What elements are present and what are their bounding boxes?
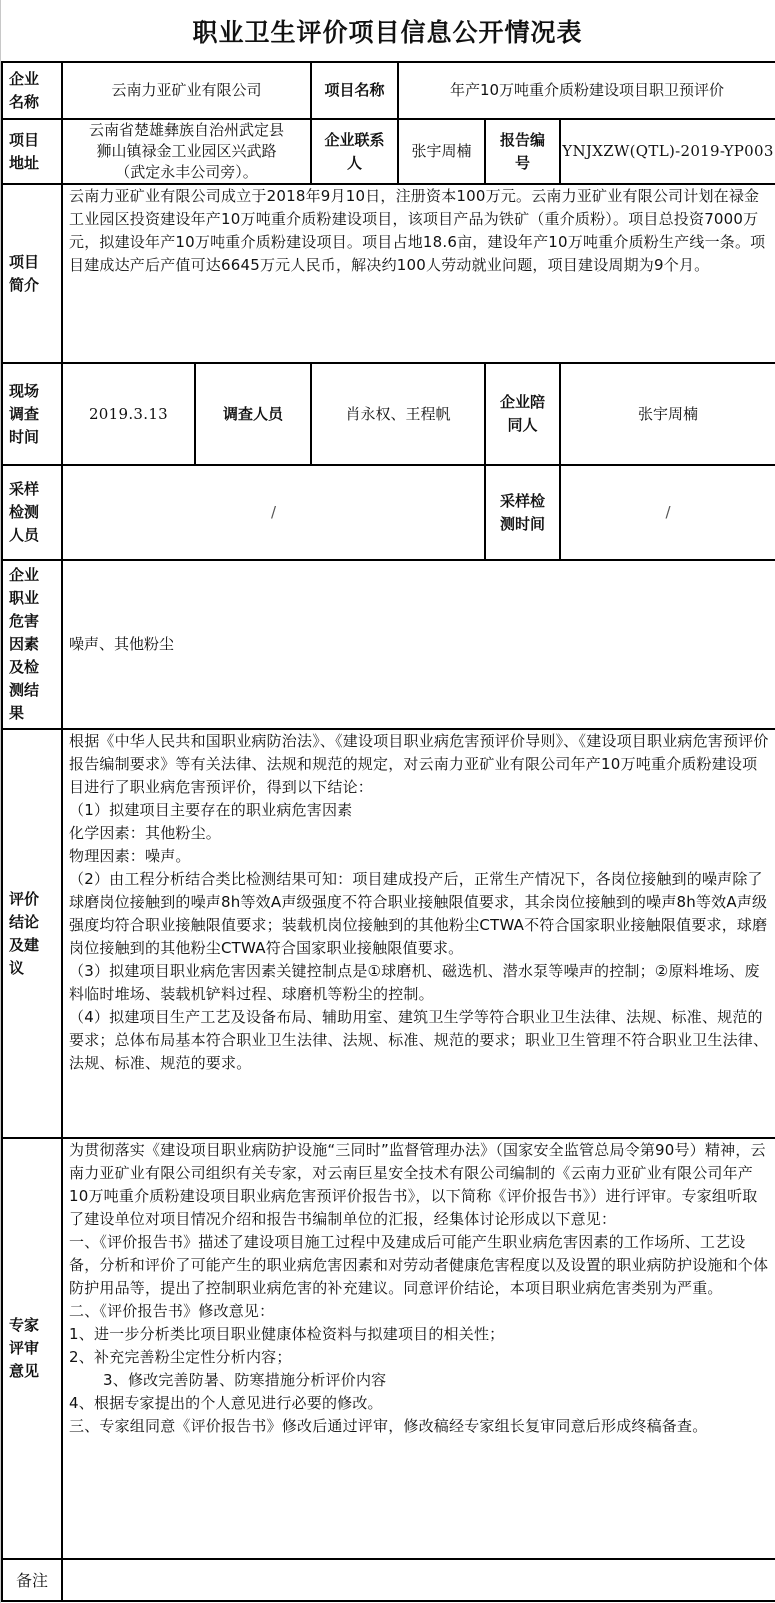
label-line: 评价 <box>9 888 61 911</box>
site-survey-time-label: 现场 调查 时间 <box>2 363 62 465</box>
label-line: 危害 <box>9 610 61 633</box>
address-line: 云南省楚雄彝族自治州武定县 <box>63 120 310 141</box>
expert-review-label: 专家 评审 意见 <box>2 1138 62 1559</box>
label-line: 意见 <box>9 1360 61 1383</box>
conclusion-text: 根据《中华人民共和国职业病防治法》、《建设项目职业病危害预评价导则》、《建设项目… <box>62 729 775 1138</box>
row-hazards: 企业 职业 危害 因素 及检 测结 果 噪声、其他粉尘 <box>2 560 775 729</box>
label-line: 名称 <box>9 91 61 114</box>
conclusion-paragraph: （2）由工程分析结合类比检测结果可知：项目建成投产后，正常生产情况下，各岗位接触… <box>69 868 771 960</box>
row-expert-review: 专家 评审 意见 为贯彻落实《建设项目职业病防护设施“三同时”监督管理办法》（国… <box>2 1138 775 1559</box>
label-line: 采样 <box>9 478 61 501</box>
label-line: 及建 <box>9 934 61 957</box>
address-line: （武定永丰公司旁）。 <box>63 162 310 183</box>
report-number-value: YNJXZW(QTL)-2019-YP003 <box>560 119 775 184</box>
label-line: 简介 <box>9 274 61 297</box>
label-line: 采样检 <box>486 490 559 513</box>
label-line: 评审 <box>9 1337 61 1360</box>
company-name-label: 企业 名称 <box>2 62 62 119</box>
label-line: 号 <box>486 152 559 175</box>
company-escort-value: 张宇周楠 <box>560 363 775 465</box>
document-title: 职业卫生评价项目信息公开情况表 <box>1 0 774 61</box>
label-line: 人 <box>312 152 397 175</box>
remarks-value <box>62 1559 775 1601</box>
row-address: 项目 地址 云南省楚雄彝族自治州武定县 狮山镇禄金工业园区兴武路 （武定永丰公司… <box>2 119 775 184</box>
label-line: 企业 <box>9 564 61 587</box>
project-name-value: 年产10万吨重介质粉建设项目职卫预评价 <box>398 62 775 119</box>
label-line: 人员 <box>9 524 61 547</box>
contact-person-label: 企业联系 人 <box>311 119 398 184</box>
project-intro-label: 项目 简介 <box>2 184 62 363</box>
label-line: 测时间 <box>486 513 559 536</box>
row-site-survey: 现场 调查 时间 2019.3.13 调查人员 肖永权、王程帆 企业陪 同人 张… <box>2 363 775 465</box>
row-company: 企业 名称 云南力亚矿业有限公司 项目名称 年产10万吨重介质粉建设项目职卫预评… <box>2 62 775 119</box>
row-sampling: 采样 检测 人员 / 采样检 测时间 / <box>2 465 775 560</box>
expert-review-text: 为贯彻落实《建设项目职业病防护设施“三同时”监督管理办法》（国家安全监管总局令第… <box>62 1138 775 1559</box>
intro-paragraph: 云南力亚矿业有限公司成立于2018年9月10日，注册资本100万元。云南力亚矿业… <box>69 185 771 277</box>
project-address-value: 云南省楚雄彝族自治州武定县 狮山镇禄金工业园区兴武路 （武定永丰公司旁）。 <box>62 119 311 184</box>
label-line: 因素 <box>9 633 61 656</box>
label-line: 议 <box>9 957 61 980</box>
investigators-label: 调查人员 <box>195 363 311 465</box>
expert-paragraph: 4、根据专家提出的个人意见进行必要的修改。 <box>69 1392 771 1415</box>
address-line: 狮山镇禄金工业园区兴武路 <box>63 141 310 162</box>
conclusion-paragraph: 物理因素：噪声。 <box>69 845 771 868</box>
label-line: 专家 <box>9 1314 61 1337</box>
report-number-label: 报告编 号 <box>485 119 560 184</box>
company-name-value: 云南力亚矿业有限公司 <box>62 62 311 119</box>
label-line: 项目 <box>9 129 61 152</box>
sampling-time-value: / <box>560 465 775 560</box>
info-table: 企业 名称 云南力亚矿业有限公司 项目名称 年产10万吨重介质粉建设项目职卫预评… <box>1 61 775 1602</box>
label-line: 检测 <box>9 501 61 524</box>
hazards-value: 噪声、其他粉尘 <box>62 560 775 729</box>
project-name-label: 项目名称 <box>311 62 398 119</box>
expert-paragraph: 三、专家组同意《评价报告书》修改后通过评审，修改稿经专家组长复审同意后形成终稿备… <box>69 1415 771 1438</box>
label-line: 企业陪 <box>486 391 559 414</box>
conclusion-paragraph: 根据《中华人民共和国职业病防治法》、《建设项目职业病危害预评价导则》、《建设项目… <box>69 730 771 799</box>
label-line: 及检 <box>9 656 61 679</box>
hazards-label: 企业 职业 危害 因素 及检 测结 果 <box>2 560 62 729</box>
label-line: 项目 <box>9 251 61 274</box>
expert-paragraph: 一、《评价报告书》描述了建设项目施工过程中及建成后可能产生职业病危害因素的工作场… <box>69 1231 771 1300</box>
row-project-intro: 项目 简介 云南力亚矿业有限公司成立于2018年9月10日，注册资本100万元。… <box>2 184 775 363</box>
conclusion-paragraph: （4）拟建项目生产工艺及设备布局、辅助用室、建筑卫生学等符合职业卫生法律、法规、… <box>69 1006 771 1075</box>
project-intro-text: 云南力亚矿业有限公司成立于2018年9月10日，注册资本100万元。云南力亚矿业… <box>62 184 775 363</box>
conclusion-paragraph: 化学因素：其他粉尘。 <box>69 822 771 845</box>
label-line: 报告编 <box>486 129 559 152</box>
conclusion-paragraph: （3）拟建项目职业病危害因素关键控制点是①球磨机、磁选机、潜水泵等噪声的控制；②… <box>69 960 771 1006</box>
expert-paragraph: 2、补充完善粉尘定性分析内容； <box>69 1346 771 1369</box>
expert-paragraph: 3、修改完善防暑、防寒措施分析评价内容 <box>69 1369 771 1392</box>
contact-person-value: 张宇周楠 <box>398 119 485 184</box>
row-remarks: 备注 <box>2 1559 775 1601</box>
label-line: 职业 <box>9 587 61 610</box>
label-line: 果 <box>9 702 61 725</box>
label-line: 企业 <box>9 68 61 91</box>
label-line: 企业联系 <box>312 129 397 152</box>
expert-paragraph: 为贯彻落实《建设项目职业病防护设施“三同时”监督管理办法》（国家安全监管总局令第… <box>69 1139 771 1231</box>
sampling-personnel-label: 采样 检测 人员 <box>2 465 62 560</box>
conclusion-label: 评价 结论 及建 议 <box>2 729 62 1138</box>
project-address-label: 项目 地址 <box>2 119 62 184</box>
label-line: 同人 <box>486 414 559 437</box>
label-line: 调查 <box>9 403 61 426</box>
label-line: 地址 <box>9 152 61 175</box>
sampling-time-label: 采样检 测时间 <box>485 465 560 560</box>
label-line: 现场 <box>9 380 61 403</box>
label-line: 时间 <box>9 426 61 449</box>
investigators-value: 肖永权、王程帆 <box>311 363 485 465</box>
expert-paragraph: 二、《评价报告书》修改意见： <box>69 1300 771 1323</box>
remarks-label: 备注 <box>2 1559 62 1601</box>
label-line: 结论 <box>9 911 61 934</box>
site-survey-date: 2019.3.13 <box>62 363 195 465</box>
company-escort-label: 企业陪 同人 <box>485 363 560 465</box>
label-line: 测结 <box>9 679 61 702</box>
sampling-personnel-value: / <box>62 465 485 560</box>
conclusion-paragraph: （1）拟建项目主要存在的职业病危害因素 <box>69 799 771 822</box>
expert-paragraph: 1、进一步分析类比项目职业健康体检资料与拟建项目的相关性； <box>69 1323 771 1346</box>
row-conclusion: 评价 结论 及建 议 根据《中华人民共和国职业病防治法》、《建设项目职业病危害预… <box>2 729 775 1138</box>
